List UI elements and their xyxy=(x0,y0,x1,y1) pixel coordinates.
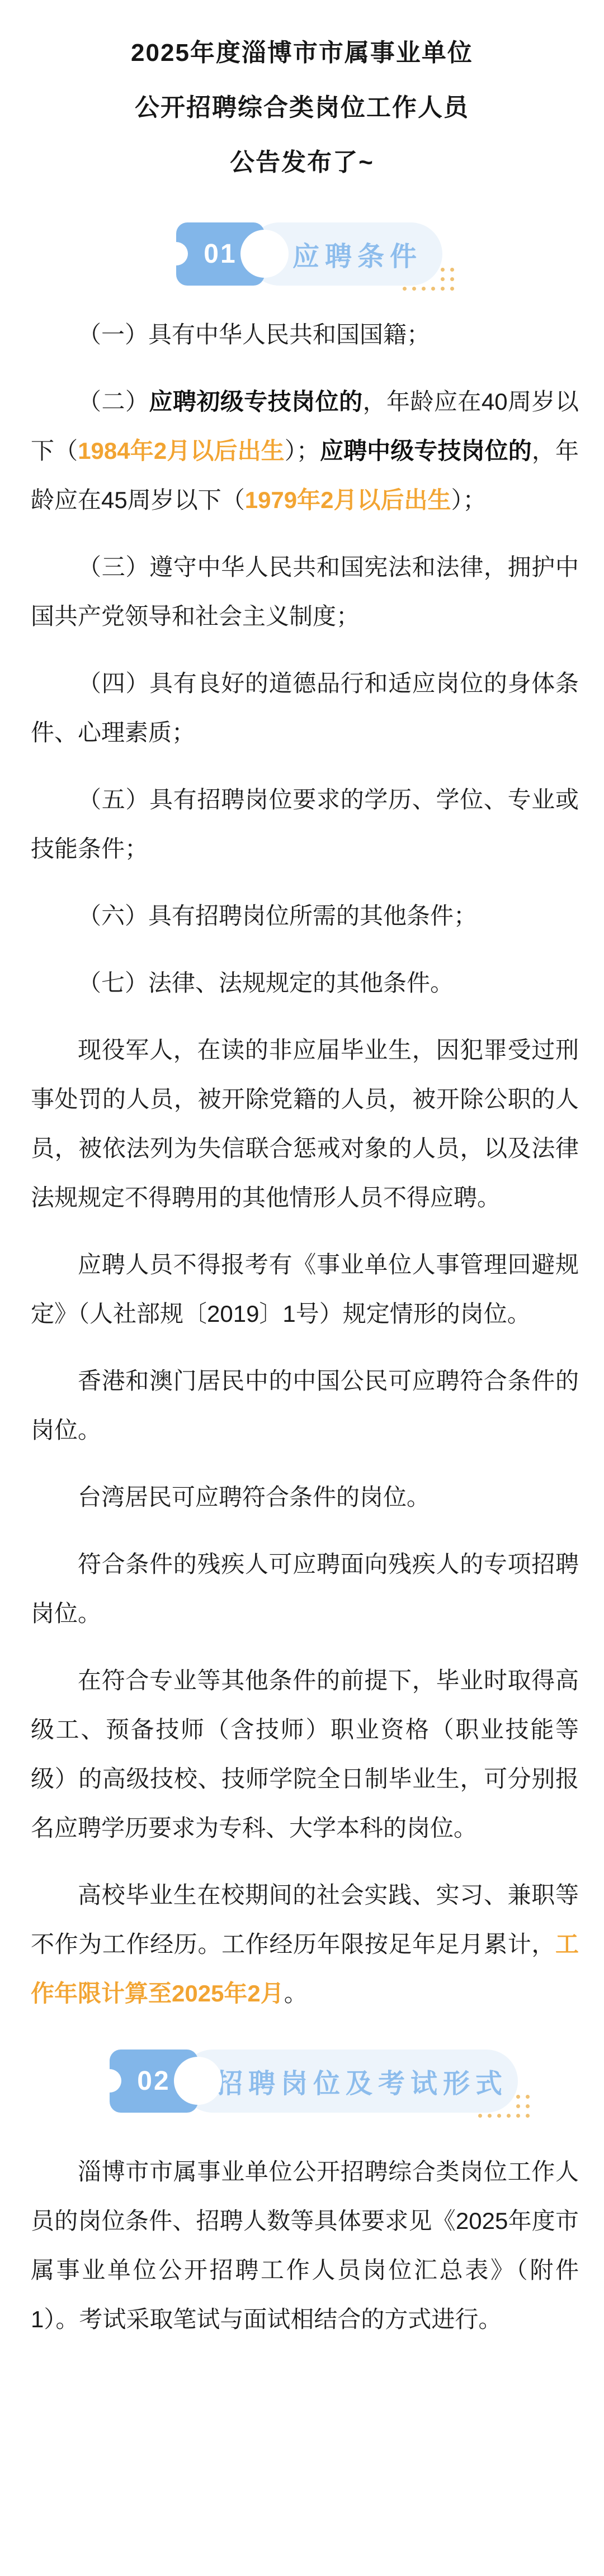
highlighted-text: 1979年2月以后出生 xyxy=(245,487,451,513)
body-text: 淄博市市属事业单位公开招聘综合类岗位工作人员的岗位条件、招聘人数等具体要求见《2… xyxy=(31,2158,579,2332)
body-text: ）； xyxy=(451,487,487,513)
section-1-content: （一）具有中华人民共和国国籍；（二）应聘初级专技岗位的，年龄应在40周岁以下（1… xyxy=(0,310,604,2018)
ticket-notch-left xyxy=(164,242,188,265)
section-1-number: 01 xyxy=(204,239,237,269)
paragraph: （六）具有招聘岗位所需的其他条件； xyxy=(31,891,579,941)
ticket-notch-left xyxy=(98,2069,121,2093)
body-text: （一）具有中华人民共和国国籍； xyxy=(78,321,430,348)
body-text: （五）具有招聘岗位要求的学历、学位、专业或技能条件； xyxy=(31,786,579,862)
paragraph: 应聘人员不得报考有《事业单位人事管理回避规定》（人社部规〔2019〕1号）规定情… xyxy=(31,1240,579,1339)
body-text: 。 xyxy=(284,1980,308,2006)
body-text: （六）具有招聘岗位所需的其他条件； xyxy=(78,903,477,929)
body-text: 台湾居民可应聘符合条件的岗位。 xyxy=(78,1484,430,1510)
body-text: （七）法律、法规规定的其他条件。 xyxy=(78,970,454,996)
paragraph: 在符合专业等其他条件的前提下，毕业时取得高级工、预备技师（含技师）职业资格（职业… xyxy=(31,1656,579,1853)
body-text: 香港和澳门居民中的中国公民可应聘符合条件的岗位。 xyxy=(31,1368,579,1443)
body-text: （三）遵守中华人民共和国宪法和法律，拥护中国共产党领导和社会主义制度； xyxy=(31,554,579,629)
body-text: 应聘人员不得报考有《事业单位人事管理回避规定》（人社部规〔2019〕1号）规定情… xyxy=(31,1251,579,1327)
section-1-badge: 01 应聘条件 xyxy=(176,222,442,286)
ticket-notch-seam xyxy=(174,2057,222,2105)
paragraph: （三）遵守中华人民共和国宪法和法律，拥护中国共产党领导和社会主义制度； xyxy=(31,543,579,641)
paragraph: （二）应聘初级专技岗位的，年龄应在40周岁以下（1984年2月以后出生）；应聘中… xyxy=(31,377,579,525)
section-2-number: 02 xyxy=(137,2066,170,2096)
announcement-page: 2025年度淄博市市属事业单位 公开招聘综合类岗位工作人员 公告发布了~ 01 … xyxy=(0,0,604,2344)
paragraph: 高校毕业生在校期间的社会实践、实习、兼职等不作为工作经历。工作经历年限按足年足月… xyxy=(31,1871,579,2018)
section-2-content: 淄博市市属事业单位公开招聘综合类岗位工作人员的岗位条件、招聘人数等具体要求见《2… xyxy=(0,2147,604,2344)
paragraph: （四）具有良好的道德品行和适应岗位的身体条件、心理素质； xyxy=(31,659,579,757)
body-text: 现役军人，在读的非应届毕业生，因犯罪受过刑事处罚的人员，被开除党籍的人员，被开除… xyxy=(31,1037,579,1211)
dots-decoration xyxy=(475,2092,532,2120)
paragraph: （七）法律、法规规定的其他条件。 xyxy=(31,959,579,1008)
body-text: ）； xyxy=(285,438,320,464)
paragraph: （一）具有中华人民共和国国籍； xyxy=(31,310,579,359)
paragraph: 香港和澳门居民中的中国公民可应聘符合条件的岗位。 xyxy=(31,1356,579,1455)
paragraph: 淄博市市属事业单位公开招聘综合类岗位工作人员的岗位条件、招聘人数等具体要求见《2… xyxy=(31,2147,579,2344)
highlighted-text: 1984年2月以后出生 xyxy=(78,438,285,464)
section-2-heading-pill: 招聘岗位及考试形式 xyxy=(181,2050,518,2113)
announcement-title: 2025年度淄博市市属事业单位 公开招聘综合类岗位工作人员 公告发布了~ xyxy=(0,0,604,190)
dots-decoration xyxy=(400,265,457,293)
body-text: 高校毕业生在校期间的社会实践、实习、兼职等不作为工作经历。工作经历年限按足年足月… xyxy=(31,1882,579,1957)
ticket-notch-seam xyxy=(240,230,289,278)
highlighted-text: 应聘初级专技岗位的 xyxy=(149,388,362,415)
section-2-heading: 招聘岗位及考试形式 xyxy=(216,2062,508,2100)
body-text: 在符合专业等其他条件的前提下，毕业时取得高级工、预备技师（含技师）职业资格（职业… xyxy=(31,1667,579,1841)
body-text: （二） xyxy=(78,388,149,415)
paragraph: 现役军人，在读的非应届毕业生，因犯罪受过刑事处罚的人员，被开除党籍的人员，被开除… xyxy=(31,1026,579,1222)
section-2-badge: 02 招聘岗位及考试形式 xyxy=(110,2050,518,2113)
title-line-1: 2025年度淄博市市属事业单位 xyxy=(0,26,604,80)
title-line-2: 公开招聘综合类岗位工作人员 xyxy=(0,80,604,135)
paragraph: 符合条件的残疾人可应聘面向残疾人的专项招聘岗位。 xyxy=(31,1540,579,1638)
paragraph: 台湾居民可应聘符合条件的岗位。 xyxy=(31,1473,579,1522)
paragraph: （五）具有招聘岗位要求的学历、学位、专业或技能条件； xyxy=(31,775,579,874)
highlighted-text: 应聘中级专技岗位的 xyxy=(320,438,532,464)
title-line-3: 公告发布了~ xyxy=(0,135,604,190)
body-text: （四）具有良好的道德品行和适应岗位的身体条件、心理素质； xyxy=(31,670,579,746)
body-text: 符合条件的残疾人可应聘面向残疾人的专项招聘岗位。 xyxy=(31,1551,579,1626)
